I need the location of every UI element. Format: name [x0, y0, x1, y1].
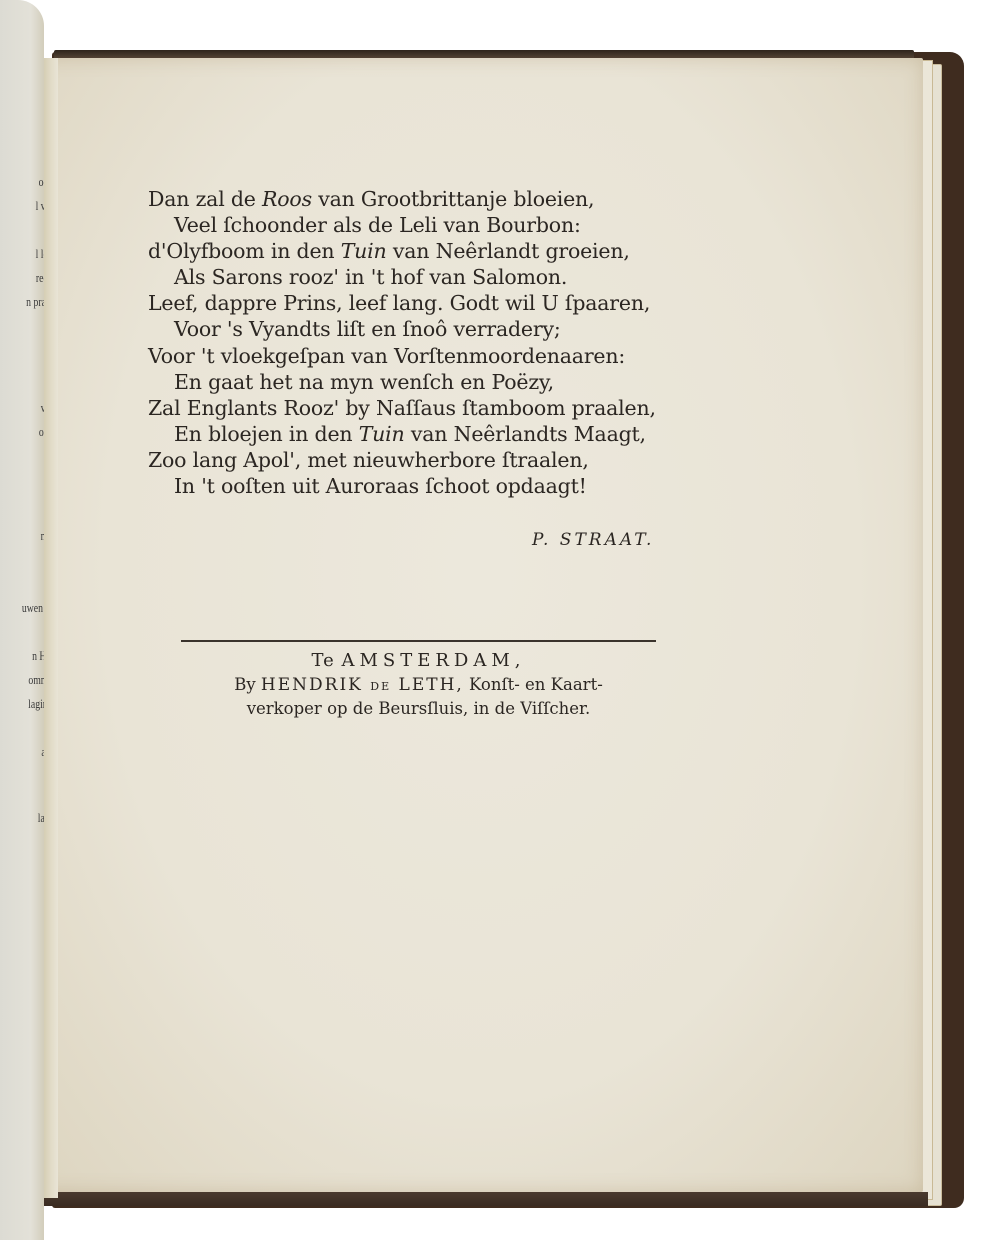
- poem-line-text: Voor 's Vyandts liſt en ſnoô verradery;: [174, 317, 561, 341]
- poem-line-text: Veel ſchoonder als de Leli van Bourbon:: [174, 213, 581, 237]
- poem-line-text: Zal Englants Rooz' by Naſſaus ſtamboom p…: [148, 396, 656, 420]
- poem-line-text: Als Sarons rooz' in 't hof van Salomon.: [174, 265, 567, 289]
- left-page-text-fragment: oope,: [15, 174, 44, 190]
- left-page-text-fragment: reden,: [15, 270, 44, 286]
- poem-line: In 't ooſten uit Auroraas ſchoot opdaagt…: [148, 473, 708, 499]
- left-page-text-fragment: y.: [15, 552, 44, 568]
- poem-line-italic: Tuin: [359, 422, 405, 446]
- left-page-text-fragment: Dan: [15, 1018, 44, 1034]
- author-signature: P. STRAAT.: [532, 530, 654, 550]
- poem-line: En gaat het na myn wenſch en Poëzy,: [148, 369, 708, 395]
- imprint-city-line: Te AMSTERDAM,: [181, 648, 656, 674]
- printer-last-name: LETH,: [391, 675, 464, 695]
- left-page-text-fragment: y: [15, 504, 44, 520]
- imprint: Te AMSTERDAM, By HENDRIK DE LETH, Konſt-…: [181, 648, 656, 720]
- poem-line-text: Voor 't vloekgeſpan van Vorſtenmoordenaa…: [148, 344, 625, 368]
- imprint-publisher-line: By HENDRIK DE LETH, Konſt- en Kaart-: [181, 674, 656, 698]
- printer-first-name: HENDRIK: [261, 675, 370, 695]
- left-page-text-fragment: landt:: [15, 810, 44, 826]
- left-page-text-fragment: aal,: [15, 922, 44, 938]
- left-page-text-fragment: n Haan: [15, 648, 44, 664]
- left-page-text-fragment: aagt.: [15, 744, 44, 760]
- poem-line-text: En gaat het na myn wenſch en Poëzy,: [174, 370, 554, 394]
- poem-line: En bloejen in den Tuin van Neêrlandts Ma…: [148, 421, 708, 447]
- left-page-text-fragment: vlag,: [15, 400, 44, 416]
- left-page-text-fragment: lagimar,: [15, 696, 44, 712]
- imprint-pub-prefix: By: [234, 675, 261, 694]
- book-bottom-edge: [28, 1192, 928, 1206]
- poem-line-text: d'Olyfboom in den: [148, 239, 341, 263]
- left-page-text-fragment: n,: [15, 842, 44, 858]
- horizontal-rule: [181, 640, 656, 642]
- poem-line: Veel ſchoonder als de Leli van Bourbon:: [148, 212, 708, 238]
- left-page-text-fragment: r,: [15, 720, 44, 736]
- left-page-text-fragment: n,: [15, 624, 44, 640]
- left-page-fragment: oope,l voet,e,l loen.reden,n praalt?n,t?…: [0, 0, 44, 1240]
- left-page-text-fragment: ones!: [15, 424, 44, 440]
- poem-line-text: Dan zal de: [148, 187, 262, 211]
- poem-line: Zal Englants Rooz' by Naſſaus ſtamboom p…: [148, 395, 708, 421]
- poem-line-text: van Grootbrittanje bloeien,: [312, 187, 594, 211]
- imprint-trade: Konſt- en Kaart-: [464, 675, 603, 694]
- left-page-text-fragment: e,: [15, 222, 44, 238]
- left-page-text-fragment: ter,: [15, 480, 44, 496]
- poem-line: Voor 't vloekgeſpan van Vorſtenmoordenaa…: [148, 343, 708, 369]
- poem-line-text: Zoo lang Apol', met nieuwherbore ſtraale…: [148, 448, 589, 472]
- poem-line-text: Leef, dappre Prins, leef lang. Godt wil …: [148, 291, 650, 315]
- printer-particle: DE: [370, 680, 391, 693]
- poem: Dan zal de Roos van Grootbrittanje bloei…: [148, 186, 708, 499]
- left-page-text-fragment: n,: [15, 318, 44, 334]
- poem-line: Dan zal de Roos van Grootbrittanje bloei…: [148, 186, 708, 212]
- poem-line: Leef, dappre Prins, leef lang. Godt wil …: [148, 290, 708, 316]
- poem-line-text: En bloejen in den: [174, 422, 359, 446]
- left-page-text-fragment: n,: [15, 576, 44, 592]
- poem-line: Voor 's Vyandts liſt en ſnoô verradery;: [148, 316, 708, 342]
- poem-line-italic: Tuin: [341, 239, 387, 263]
- poem-line: Als Sarons rooz' in 't hof van Salomon.: [148, 264, 708, 290]
- left-page-text-fragment: l loen.: [15, 246, 44, 262]
- left-page-text-fragment: uwen ſtan: [15, 600, 44, 616]
- left-page-text-fragment: t?: [15, 342, 44, 358]
- poem-line: d'Olyfboom in den Tuin van Neêrlandt gro…: [148, 238, 708, 264]
- poem-line-text: van Neêrlandt groeien,: [387, 239, 630, 263]
- poem-line-italic: Roos: [262, 187, 312, 211]
- imprint-address-line: verkoper op de Beursſluis, in de Viſſche…: [181, 698, 656, 720]
- poem-line-text: In 't ooſten uit Auroraas ſchoot opdaagt…: [174, 474, 587, 498]
- left-page-text-fragment: ommen,: [15, 672, 44, 688]
- poem-line: Zoo lang Apol', met nieuwherbore ſtraale…: [148, 447, 708, 473]
- poem-line-text: van Neêrlandts Maagt,: [405, 422, 646, 446]
- left-page-text-fragment: l voet,: [15, 198, 44, 214]
- imprint-city: AMSTERDAM,: [341, 650, 525, 671]
- imprint-city-prefix: Te: [311, 650, 341, 671]
- left-page-text-fragment: n praalt?: [15, 294, 44, 310]
- left-page-text-fragment: nder,: [15, 528, 44, 544]
